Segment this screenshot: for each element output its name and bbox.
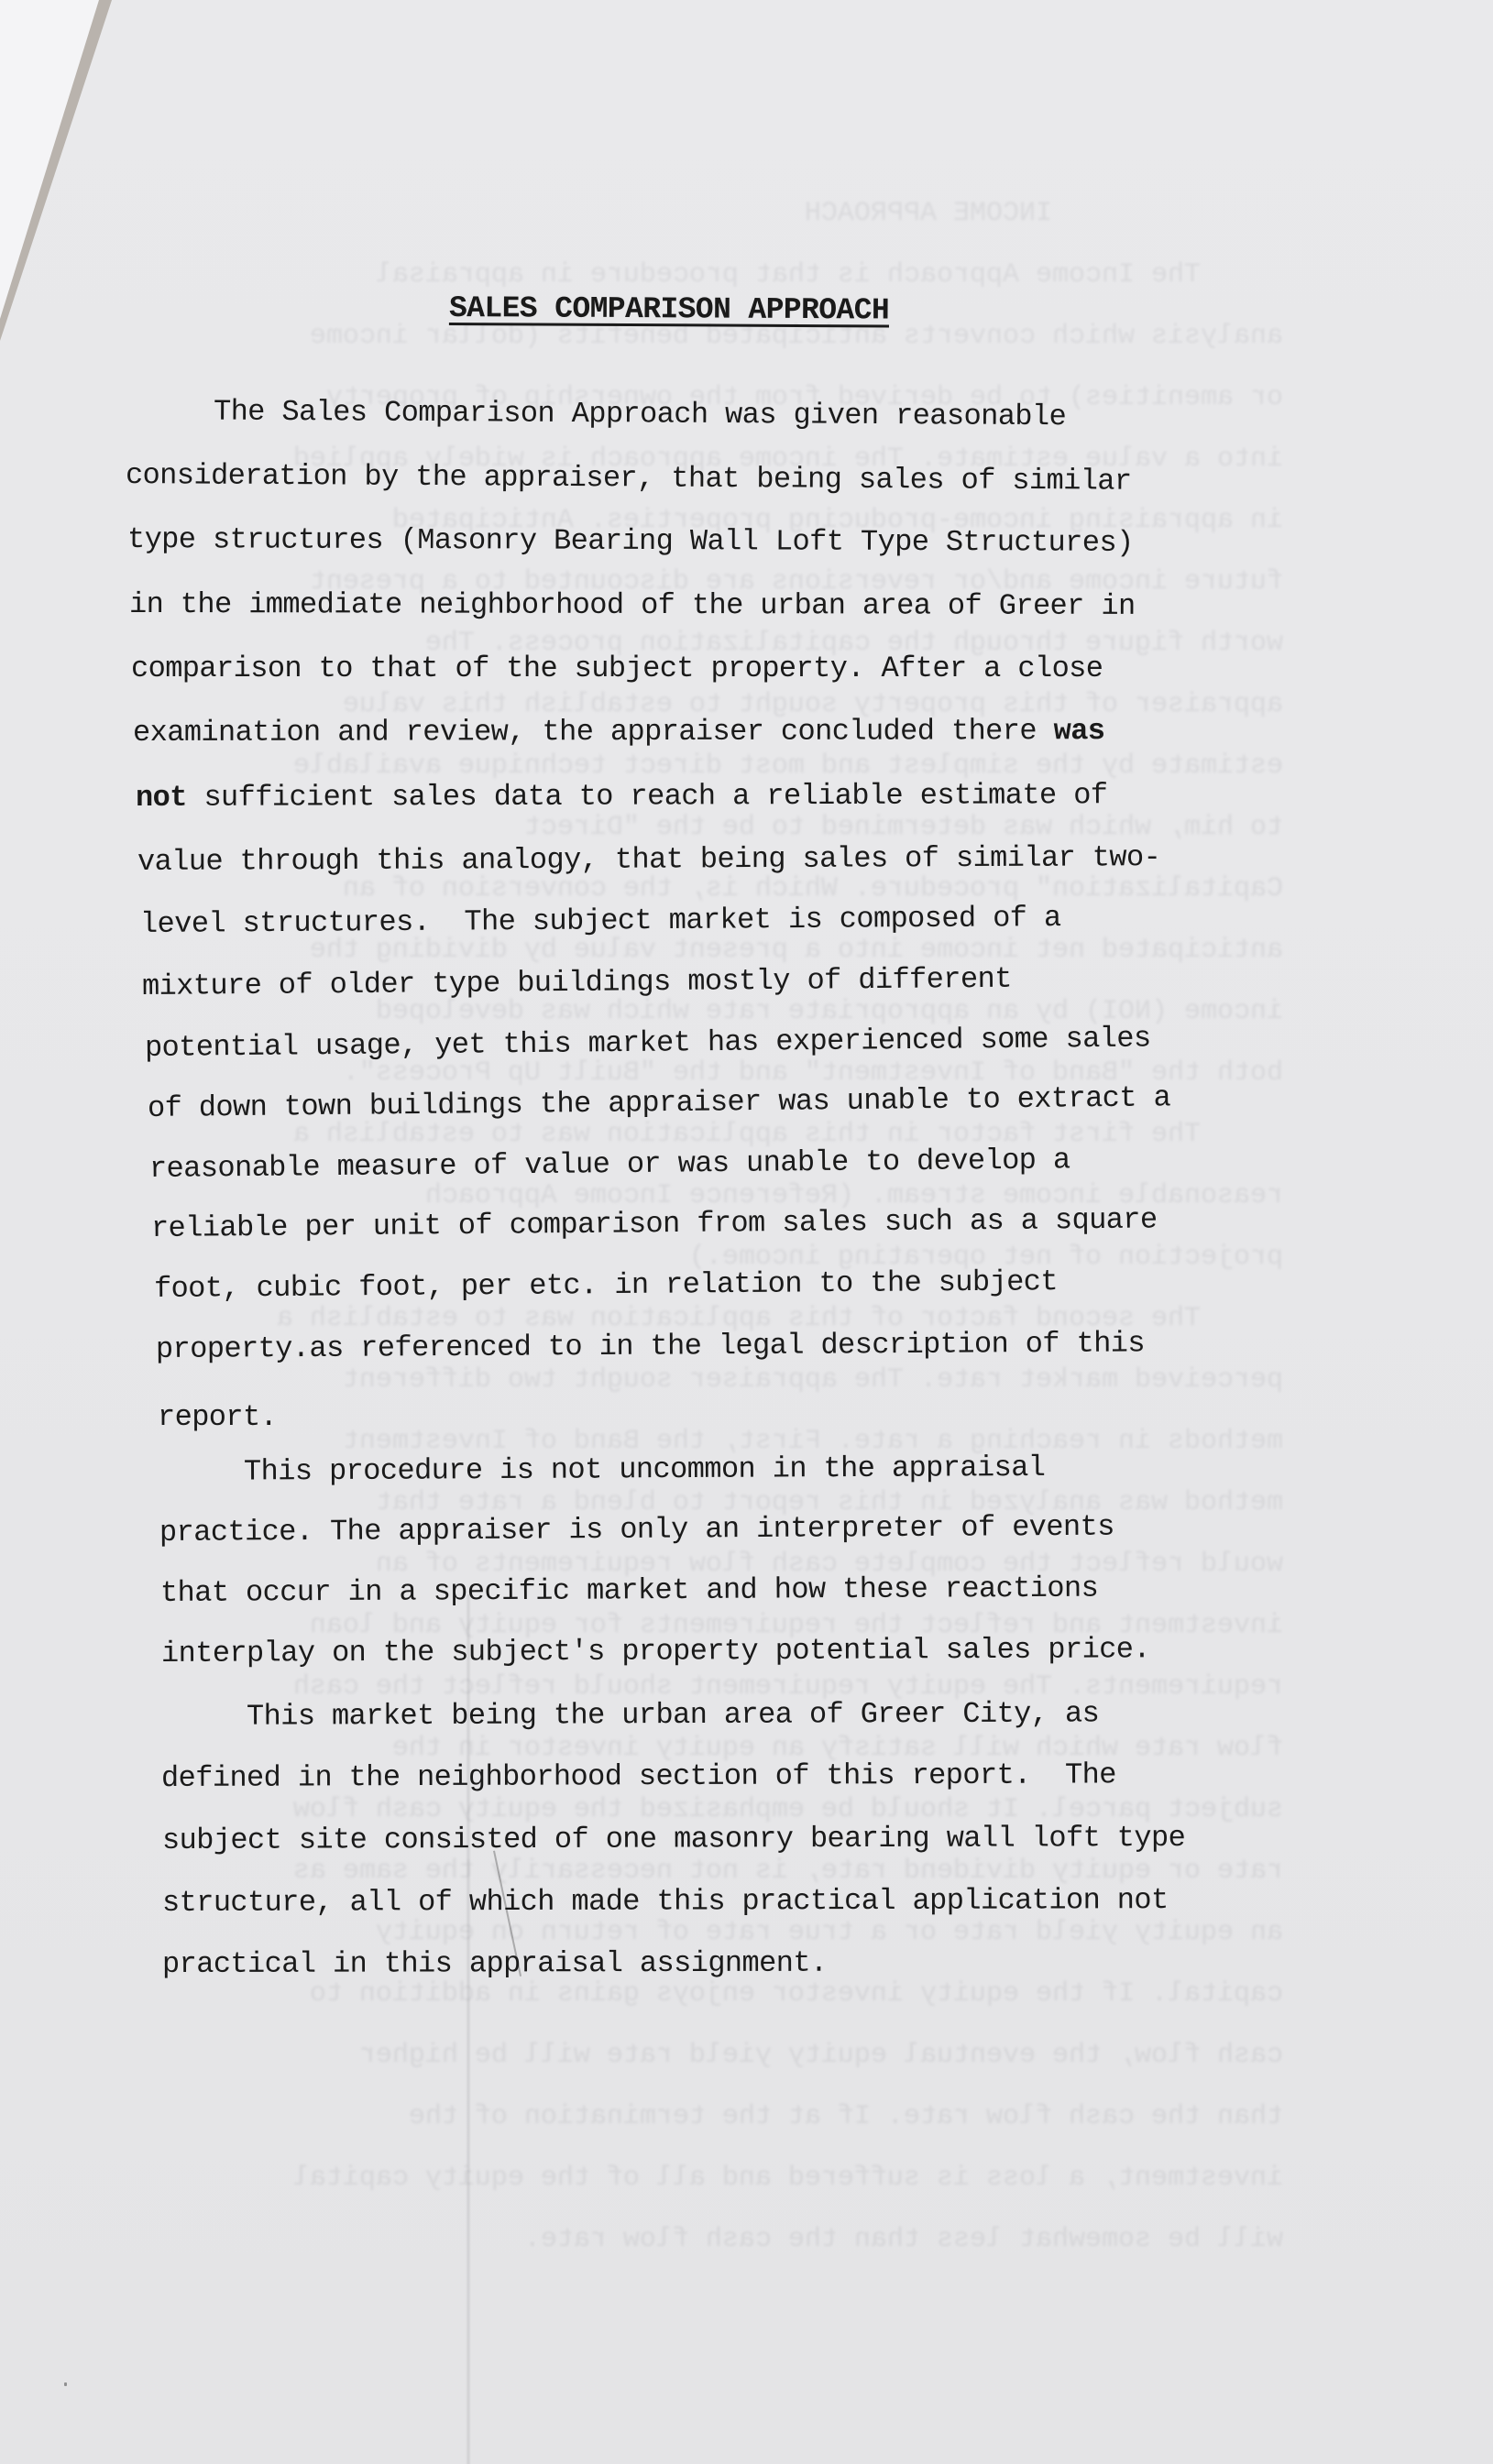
paragraph-1-line-13: reasonable measure of value or was unabl… [149, 1143, 1070, 1186]
document-body: SALES COMPARISON APPROACH The Sales Comp… [0, 0, 1493, 2464]
paragraph-1-line-12: of down town buildings the appraiser was… [148, 1080, 1171, 1125]
photo-stage: INCOME APPROACH The Income Approach is t… [0, 0, 1493, 2464]
paragraph-1-line-17: report. [158, 1400, 277, 1434]
paragraph-1-line-2: consideration by the appraiser, that bei… [126, 458, 1132, 498]
paragraph-1-line-3: type structures (Masonry Bearing Wall Lo… [127, 522, 1134, 560]
paragraph-1-line-8: value through this analogy, that being s… [137, 840, 1160, 879]
paragraph-1-line-11: potential usage, yet this market has exp… [145, 1021, 1151, 1065]
paragraph-2-line-3: that occur in a specific market and how … [160, 1571, 1098, 1610]
paragraph-3-line-3: subject site consisted of one masonry be… [162, 1821, 1185, 1857]
paragraph-2-line-1: This procedure is not uncommon in the ap… [159, 1451, 1046, 1489]
page-title: SALES COMPARISON APPROACH [449, 291, 889, 328]
paragraph-1-line-1: The Sales Comparison Approach was given … [128, 394, 1066, 433]
line-7-text: sufficient sales data to reach a reliabl… [187, 778, 1108, 815]
paragraph-2-line-2: practice. The appraiser is only an inter… [159, 1510, 1114, 1550]
line-6-text: examination and review, the appraiser co… [133, 714, 1054, 750]
paragraph-1-line-5: comparison to that of the subject proper… [131, 652, 1103, 685]
paragraph-1-line-16: property.as referenced to in the legal d… [156, 1326, 1145, 1366]
paragraph-3-line-5: practical in this appraisal assignment. [162, 1946, 828, 1981]
paragraph-1-line-15: foot, cubic foot, per etc. in relation t… [154, 1265, 1058, 1306]
paragraph-1-line-10: mixture of older type buildings mostly o… [142, 962, 1012, 1003]
paragraph-1-line-7: not sufficient sales data to reach a rel… [136, 778, 1107, 815]
paragraph-1-line-9: level structures. The subject market is … [140, 901, 1061, 941]
paragraph-3-line-4: structure, all of which made this practi… [162, 1883, 1169, 1920]
paper-speck [64, 2382, 67, 2386]
paragraph-1-line-6: examination and review, the appraiser co… [133, 714, 1104, 750]
bold-word-was: was [1054, 714, 1105, 748]
paragraph-1-line-4: in the immediate neighborhood of the urb… [129, 587, 1136, 623]
bold-word-not: not [136, 781, 187, 815]
paragraph-1-line-14: reliable per unit of comparison from sal… [151, 1202, 1158, 1245]
paragraph-3-line-2: defined in the neighborhood section of t… [161, 1758, 1116, 1795]
paragraph-3-line-1: This market being the urban area of Gree… [161, 1696, 1099, 1734]
paragraph-2-line-4: interplay on the subject's property pote… [161, 1632, 1150, 1670]
